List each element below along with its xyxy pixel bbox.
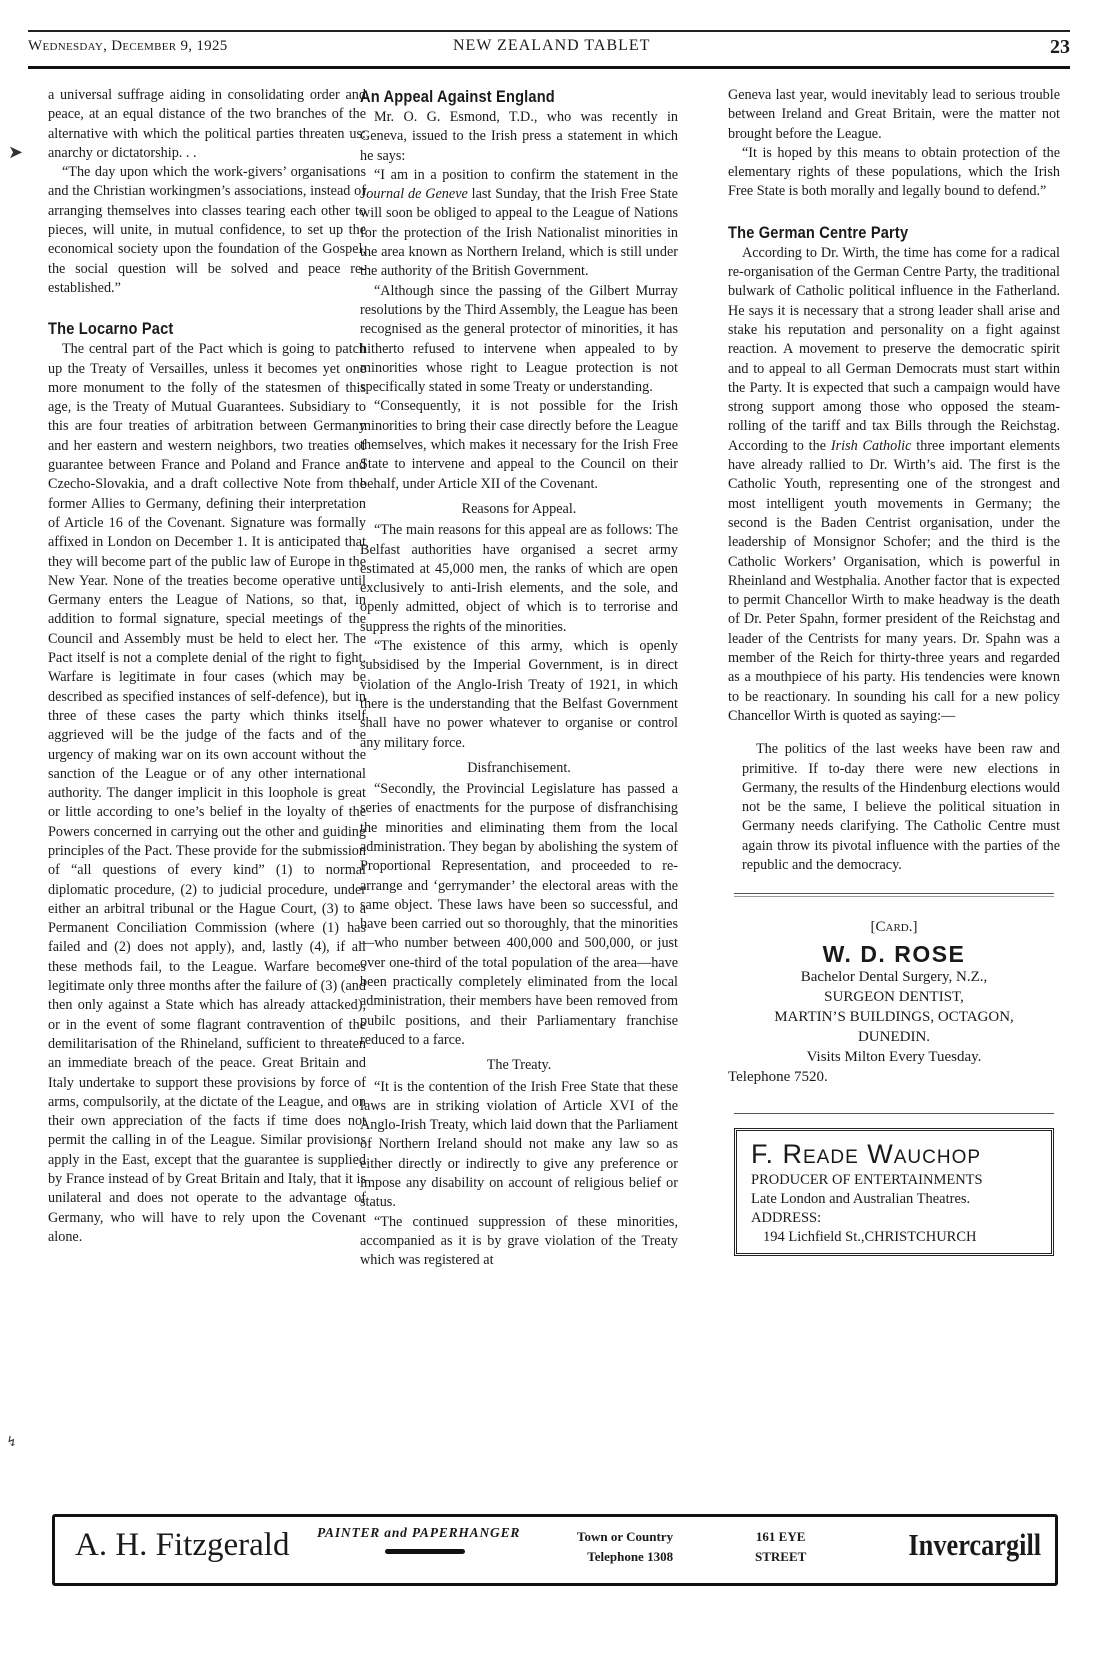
advertiser-name: W. D. ROSE	[728, 941, 1060, 967]
section-heading-locarno-pact: The Locarno Pact	[48, 318, 321, 340]
column-2: An Appeal Against England Mr. O. G. Esmo…	[360, 86, 678, 1271]
section-heading-appeal-against-england: An Appeal Against England	[360, 86, 633, 108]
article-paragraph: “Although since the passing of the Gilbe…	[360, 282, 678, 398]
page-number: 23	[1050, 36, 1070, 59]
advertiser-name: F. Reade Wauchop	[751, 1139, 1037, 1169]
ad-telephone: Telephone 7520.	[728, 1067, 1060, 1087]
ad-line: PRODUCER OF ENTERTAINMENTS	[751, 1171, 1037, 1190]
ad-line: MARTIN’S BUILDINGS, OCTAGON,	[728, 1007, 1060, 1027]
article-paragraph: “The day upon which the work-givers’ org…	[48, 163, 366, 298]
article-continuation: a universal suffrage aiding in consolida…	[48, 86, 366, 163]
article-paragraph: “I am in a position to confirm the state…	[360, 166, 678, 282]
article-paragraph: The central part of the Pact which is go…	[48, 340, 366, 1247]
advertiser-trade: PAINTER and PAPERHANGER	[317, 1525, 520, 1541]
article-paragraph: Mr. O. G. Esmond, T.D., who was recently…	[360, 108, 678, 166]
advertisement-fitzgerald: A. H. Fitzgerald PAINTER and PAPERHANGER…	[52, 1514, 1058, 1586]
publication-name: Irish Catholic	[831, 438, 912, 454]
ad-line: DUNEDIN.	[728, 1027, 1060, 1047]
ad-contact: Town or Country Telephone 1308	[577, 1527, 673, 1567]
article-paragraph: “The main reasons for this appeal are as…	[360, 521, 678, 637]
margin-mark-icon: ➤	[8, 142, 23, 163]
ad-line: Visits Milton Every Tuesday.	[728, 1047, 1060, 1067]
ad-line: SURGEON DENTIST,	[728, 987, 1060, 1007]
column-1: a universal suffrage aiding in consolida…	[48, 86, 366, 1247]
article-paragraph: “Secondly, the Provincial Legislature ha…	[360, 780, 678, 1050]
card-tag: [Card.]	[728, 917, 1060, 937]
ornament-rule-icon	[385, 1549, 465, 1554]
subheading-disfranchisement: Disfranchisement.	[360, 759, 678, 778]
article-continuation: Geneva last year, would inevitably lead …	[728, 86, 1060, 144]
masthead: Wednesday, December 9, 1925 NEW ZEALAND …	[28, 30, 1070, 69]
ad-address: 161 EYE STREET	[755, 1527, 806, 1567]
section-heading-german-centre-party: The German Centre Party	[728, 222, 1014, 244]
article-paragraph: “Consequently, it is not possible for th…	[360, 397, 678, 493]
article-paragraph: “The existence of this army, which is op…	[360, 637, 678, 753]
divider	[734, 1113, 1054, 1114]
ad-line: Bachelor Dental Surgery, N.Z.,	[728, 967, 1060, 987]
article-paragraph: “It is hoped by this means to obtain pro…	[728, 144, 1060, 202]
divider	[734, 893, 1054, 897]
advertisement-rose-card: [Card.] W. D. ROSE Bachelor Dental Surge…	[728, 917, 1060, 1087]
quote-paragraph: The politics of the last weeks have been…	[742, 740, 1060, 875]
article-paragraph: “The continued suppression of these mino…	[360, 1213, 678, 1271]
article-paragraph: “It is the contention of the Irish Free …	[360, 1078, 678, 1213]
publication-name: Journal de Geneve	[360, 186, 468, 202]
advertisement-wauchop: F. Reade Wauchop PRODUCER OF ENTERTAINME…	[734, 1128, 1054, 1256]
subheading-the-treaty: The Treaty.	[360, 1056, 678, 1075]
block-quote: The politics of the last weeks have been…	[728, 740, 1060, 875]
advertiser-name: A. H. Fitzgerald	[75, 1527, 289, 1564]
publication-title: NEW ZEALAND TABLET	[453, 37, 650, 55]
ad-address: 194 Lichfield St.,CHRISTCHURCH	[751, 1228, 1037, 1247]
column-3: Geneva last year, would inevitably lead …	[728, 86, 1060, 1256]
article-paragraph: According to Dr. Wirth, the time has com…	[728, 244, 1060, 726]
issue-date: Wednesday, December 9, 1925	[28, 38, 228, 55]
ad-city: Invercargill	[908, 1527, 1041, 1563]
ad-line: ADDRESS:	[751, 1209, 1037, 1228]
margin-mark-icon: ↯	[6, 1434, 18, 1451]
ad-line: Late London and Australian Theatres.	[751, 1190, 1037, 1209]
subheading-reasons-for-appeal: Reasons for Appeal.	[360, 500, 678, 519]
